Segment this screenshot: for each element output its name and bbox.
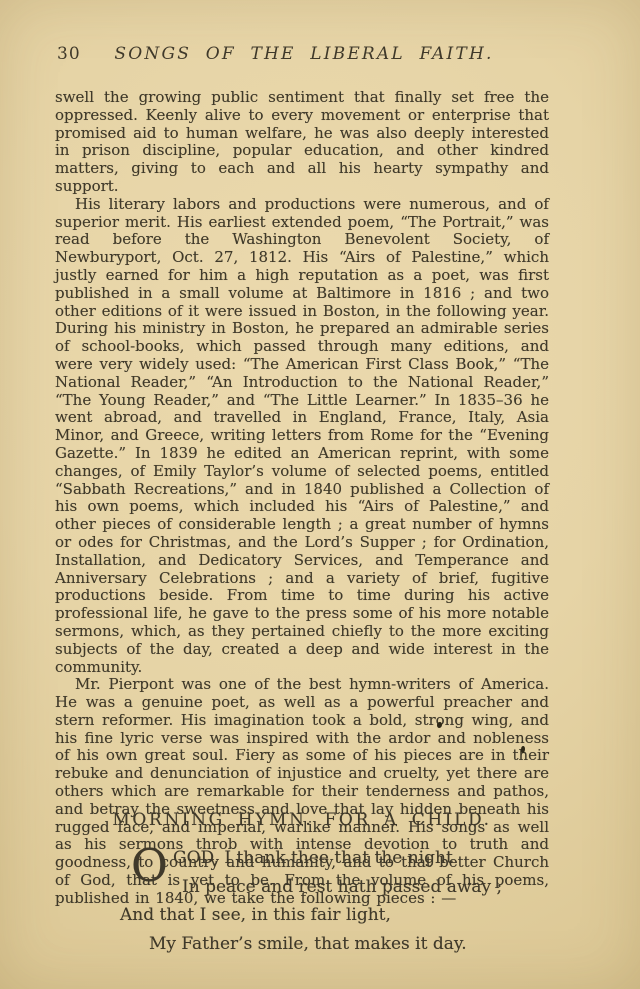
verse-line: My Father’s smile, that makes it day. [149, 930, 502, 959]
body-text: swell the growing public sentiment that … [55, 89, 549, 908]
dropcap-letter: O [131, 846, 168, 886]
verse-line: GOD, I thank thee that the night [173, 844, 502, 873]
verse-line: In peace and rest hath passed away ; [182, 873, 502, 902]
paragraph: His literary labors and productions were… [55, 196, 549, 677]
verse-line: And that I see, in this fair light, [120, 901, 502, 930]
running-title: SONGS OF THE LIBERAL FAITH. [0, 44, 608, 64]
paragraph: swell the growing public sentiment that … [55, 89, 549, 196]
hymn-verse: O GOD, I thank thee that the night In pe… [120, 844, 502, 958]
book-page: 30 SONGS OF THE LIBERAL FAITH. swell the… [0, 0, 640, 989]
page-header: 30 SONGS OF THE LIBERAL FAITH. [0, 44, 640, 66]
hymn-title: MORNING HYMN. FOR A CHILD. [55, 810, 549, 830]
